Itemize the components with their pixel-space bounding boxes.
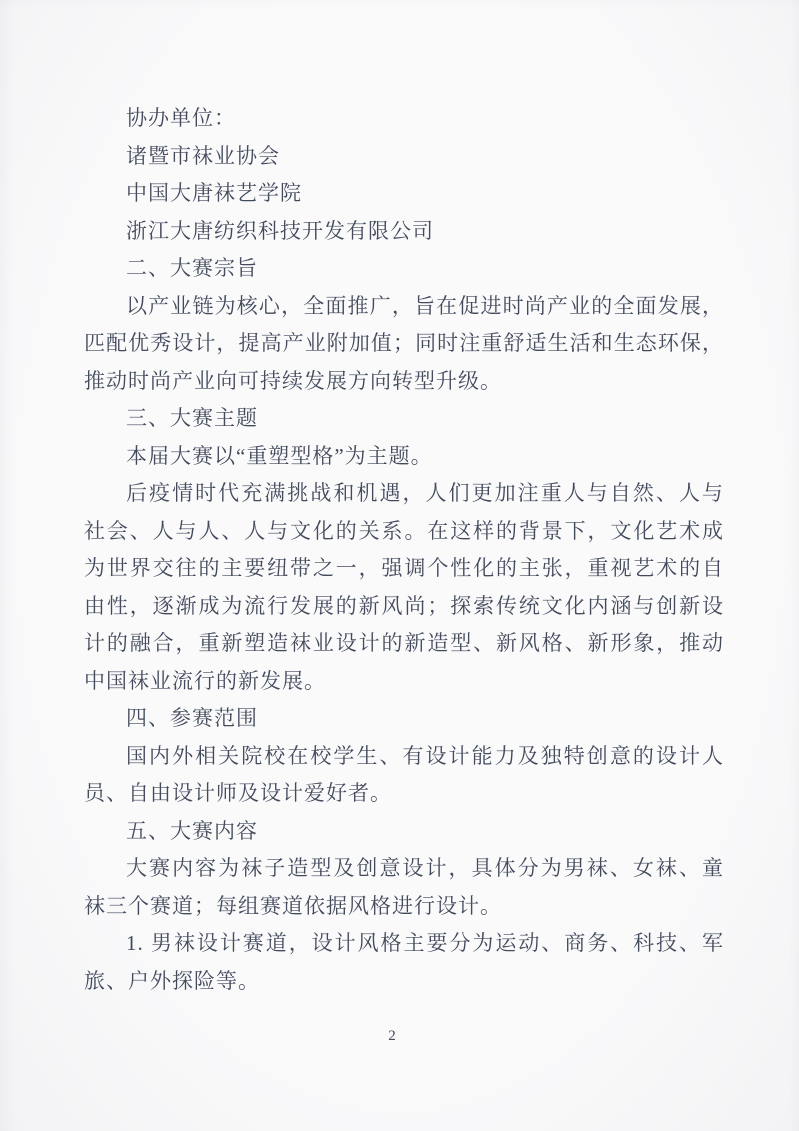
text-line: 浙江大唐纺织科技开发有限公司 xyxy=(84,213,724,251)
text-line: 五、大赛内容 xyxy=(84,813,724,851)
text-line: 中国大唐袜艺学院 xyxy=(84,175,724,213)
text-line: 协办单位： xyxy=(84,100,724,138)
document-text: 协办单位：诸暨市袜业协会中国大唐袜艺学院浙江大唐纺织科技开发有限公司二、大赛宗旨… xyxy=(84,100,724,1000)
page-number: 2 xyxy=(0,1026,784,1046)
text-line: 中国袜业流行的新发展。 xyxy=(84,663,724,701)
text-line: 三、大赛主题 xyxy=(84,400,724,438)
document-page: 协办单位：诸暨市袜业协会中国大唐袜艺学院浙江大唐纺织科技开发有限公司二、大赛宗旨… xyxy=(0,0,799,1131)
text-line: 员、自由设计师及设计爱好者。 xyxy=(84,775,724,813)
text-line: 社会、人与人、人与文化的关系。在这样的背景下，文化艺术成 xyxy=(84,513,724,551)
text-line: 四、参赛范围 xyxy=(84,700,724,738)
text-line: 为世界交往的主要纽带之一，强调个性化的主张，重视艺术的自 xyxy=(84,550,724,588)
text-line: 袜三个赛道；每组赛道依据风格进行设计。 xyxy=(84,888,724,926)
text-line: 计的融合，重新塑造袜业设计的新造型、新风格、新形象，推动 xyxy=(84,625,724,663)
text-line: 二、大赛宗旨 xyxy=(84,250,724,288)
text-line: 1. 男袜设计赛道，设计风格主要分为运动、商务、科技、军 xyxy=(84,925,724,963)
text-line: 国内外相关院校在校学生、有设计能力及独特创意的设计人 xyxy=(84,738,724,776)
text-line: 旅、户外探险等。 xyxy=(84,963,724,1001)
text-line: 匹配优秀设计，提高产业附加值；同时注重舒适生活和生态环保， xyxy=(84,325,724,363)
text-line: 本届大赛以“重塑型格”为主题。 xyxy=(84,438,724,476)
text-line: 诸暨市袜业协会 xyxy=(84,138,724,176)
text-line: 以产业链为核心，全面推广，旨在促进时尚产业的全面发展， xyxy=(84,288,724,326)
text-line: 由性，逐渐成为流行发展的新风尚；探索传统文化内涵与创新设 xyxy=(84,588,724,626)
text-line: 推动时尚产业向可持续发展方向转型升级。 xyxy=(84,363,724,401)
text-line: 大赛内容为袜子造型及创意设计，具体分为男袜、女袜、童 xyxy=(84,850,724,888)
text-line: 后疫情时代充满挑战和机遇，人们更加注重人与自然、人与 xyxy=(84,475,724,513)
